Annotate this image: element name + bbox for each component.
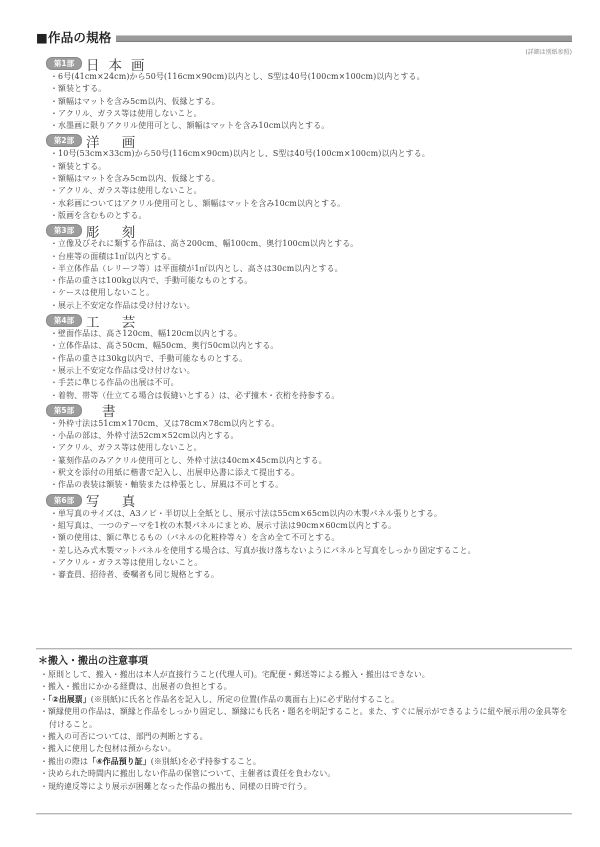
note-text: 搬出の際は [48,757,88,766]
rule-item: アクリル、ガラス等は使用しないこと。 [50,108,572,120]
note-text: 規約違反等により展示が困難となった作品の搬出も、同様の日時で行う。 [48,782,312,791]
rule-item: アクリル、ガラス等は使用しないこと。 [50,185,572,197]
note-text: (※別紙)を必ず持参すること。 [151,757,261,766]
spec-header: ■作品の規格 [36,28,572,46]
rule-item: 立像及びそれに類する作品は、高さ200cm、幅100cm、奥行100cm以内とす… [50,238,572,250]
section-heading: 第4部工 芸 [46,313,572,328]
rule-item: 差し込み式木製マットパネルを使用する場合は、写真が抜け落ちないようにパネルと写真… [50,545,572,557]
rule-item: アクリル、ガラス等は使用しないこと。 [50,442,572,454]
rule-list: 単写真のサイズは、A3ノビ・半切以上全紙とし、展示寸法は55cm×65cm以内の… [46,508,572,582]
notes-list: 原則として、搬入・搬出は本人が直接行うこと(代理人可)。宅配便・郵送等による搬入… [38,669,572,793]
note-item: 原則として、搬入・搬出は本人が直接行うこと(代理人可)。宅配便・郵送等による搬入… [40,669,572,681]
rule-list: 外枠寸法は51cm×170cm、又は78cm×78cm以内とする。小品の部は、外… [46,418,572,492]
rule-item: 外枠寸法は51cm×170cm、又は78cm×78cm以内とする。 [50,418,572,430]
sections-list: 第1部日本画6号(41cm×24cm)から50号(116cm×90cm)以内とし… [36,56,572,581]
note-item: 搬入に使用した包材は預からない。 [40,743,572,755]
rule-list: 10号(53cm×33cm)から50号(116cm×90cm)以内とし、S型は4… [46,148,572,222]
note-item: 規約違反等により展示が困難となった作品の搬出も、同様の日時で行う。 [40,781,572,793]
rule-item: 篆刻作品のみアクリル使用可とし、外枠寸法は40cm×45cm以内とする。 [50,455,572,467]
part-badge: 第6部 [46,494,82,507]
rule-item: アクリル・ガラス等は使用しないこと。 [50,557,572,569]
part-badge: 第2部 [46,134,82,147]
rule-item: 半立体作品（レリーフ等）は平面積が1㎡以内とし、高さは30cm以内とする。 [50,263,572,275]
section-part-4: 第4部工 芸壁面作品は、高さ120cm、幅120cm以内とする。立体作品は、高さ… [46,313,572,402]
rule-list: 壁面作品は、高さ120cm、幅120cm以内とする。立体作品は、高さ50cm、幅… [46,328,572,402]
form-reference: 「④作品預り証」 [88,757,151,766]
rule-list: 6号(41cm×24cm)から50号(116cm×90cm)以内とし、S型は40… [46,71,572,132]
rule-item: ケースは使用しないこと。 [50,287,572,299]
rule-item: 10号(53cm×33cm)から50号(116cm×90cm)以内とし、S型は4… [50,148,572,160]
rule-item: 水彩画についてはアクリル使用可とし、額幅はマットを含み10cm以内とする。 [50,198,572,210]
bottom-divider [36,813,572,815]
rule-item: 小品の部は、外枠寸法52cm×52cm以内とする。 [50,430,572,442]
rule-item: 立体作品は、高さ50cm、幅50cm、奥行50cm以内とする。 [50,340,572,352]
section-heading: 第3部彫 刻 [46,223,572,238]
section-heading: 第5部書 [46,403,572,418]
page-title: ■作品の規格 [36,28,112,46]
rule-item: 額幅はマットを含み5cm以内、仮縁とする。 [50,96,572,108]
section-part-5: 第5部書外枠寸法は51cm×170cm、又は78cm×78cm以内とする。小品の… [46,403,572,492]
note-text: 搬入に使用した包材は預からない。 [48,744,176,753]
rule-item: 額装とする。 [50,161,572,173]
note-item: 額縁使用の作品は、額縁と作品をしっかり固定し、額縁にも氏名・題名を明記すること。… [40,706,572,731]
header-rule [116,35,572,42]
part-badge: 第4部 [46,314,82,327]
rule-item: 釈文を添付の用紙に楷書で記入し、出展申込書に添えて提出する。 [50,467,572,479]
part-badge: 第3部 [46,224,82,237]
section-divider [36,648,572,650]
note-item: 決められた時間内に搬出しない作品の保管について、主催者は責任を負わない。 [40,768,572,780]
rule-item: 展示上不安定な作品は受け付けない。 [50,365,572,377]
rule-item: 単写真のサイズは、A3ノビ・半切以上全紙とし、展示寸法は55cm×65cm以内の… [50,508,572,520]
section-heading: 第6部写 真 [46,493,572,508]
note-text: (※別紙)に氏名と作品名を記入し、所定の位置(作品の裏面右上)に必ず貼付すること… [91,695,399,704]
notes-title: ＊搬入・搬出の注意事項 [38,655,572,669]
form-reference: 「②出展票」 [48,695,91,704]
rule-item: 作品の重さは100kg以内で、手動可能なものとする。 [50,275,572,287]
note-item: 搬入の可否については、部門の判断とする。 [40,731,572,743]
section-heading: 第1部日本画 [46,56,572,71]
rule-item: 額装とする。 [50,83,572,95]
rule-item: 審査員、招待者、委嘱者も同じ規格とする。 [50,569,572,581]
rule-item: 着物、帯等（仕立てる場合は仮縫いとする）は、必ず撞木・衣桁を持参する。 [50,390,572,402]
document-page: ■作品の規格 (詳細は別紙参照) 第1部日本画6号(41cm×24cm)から50… [36,28,572,581]
notes-block: ＊搬入・搬出の注意事項 原則として、搬入・搬出は本人が直接行うこと(代理人可)。… [38,655,572,793]
note-text: 搬入・搬出にかかる経費は、出展者の負担とする。 [48,682,232,691]
rule-item: 台座等の面積は1㎡以内とする。 [50,251,572,263]
rule-item: 壁面作品は、高さ120cm、幅120cm以内とする。 [50,328,572,340]
rule-item: 組写真は、一つのテーマを1枚の木製パネルにまとめ、展示寸法は90cm×60cm以… [50,520,572,532]
rule-item: 額の使用は、額に準じるもの（パネルの化粧枠等々）を含め全て不可とする。 [50,532,572,544]
rule-item: 6号(41cm×24cm)から50号(116cm×90cm)以内とし、S型は40… [50,71,572,83]
section-part-6: 第6部写 真単写真のサイズは、A3ノビ・半切以上全紙とし、展示寸法は55cm×6… [46,493,572,582]
note-text: 額縁使用の作品は、額縁と作品をしっかり固定し、額縁にも氏名・題名を明記すること。… [48,707,567,728]
section-part-1: 第1部日本画6号(41cm×24cm)から50号(116cm×90cm)以内とし… [46,56,572,132]
note-text: 搬入の可否については、部門の判断とする。 [48,732,208,741]
section-part-2: 第2部洋 画10号(53cm×33cm)から50号(116cm×90cm)以内と… [46,133,572,222]
part-badge: 第1部 [46,57,82,70]
note-text: 決められた時間内に搬出しない作品の保管について、主催者は責任を負わない。 [48,769,335,778]
rule-list: 立像及びそれに類する作品は、高さ200cm、幅100cm、奥行100cm以内とす… [46,238,572,312]
note-item: 搬入・搬出にかかる経費は、出展者の負担とする。 [40,681,572,693]
note-item: 「②出展票」(※別紙)に氏名と作品名を記入し、所定の位置(作品の裏面右上)に必ず… [40,694,572,706]
note-item: 搬出の際は「④作品預り証」(※別紙)を必ず持参すること。 [40,756,572,768]
rule-item: 額幅はマットを含み5cm以内、仮縁とする。 [50,173,572,185]
section-heading: 第2部洋 画 [46,133,572,148]
rule-item: 手芸に準じる作品の出展は不可。 [50,377,572,389]
part-badge: 第5部 [46,404,82,417]
section-part-3: 第3部彫 刻立像及びそれに類する作品は、高さ200cm、幅100cm、奥行100… [46,223,572,312]
note-text: 原則として、搬入・搬出は本人が直接行うこと(代理人可)。宅配便・郵送等による搬入… [48,670,430,679]
rule-item: 作品の重さは30kg以内で、手動可能なものとする。 [50,353,572,365]
